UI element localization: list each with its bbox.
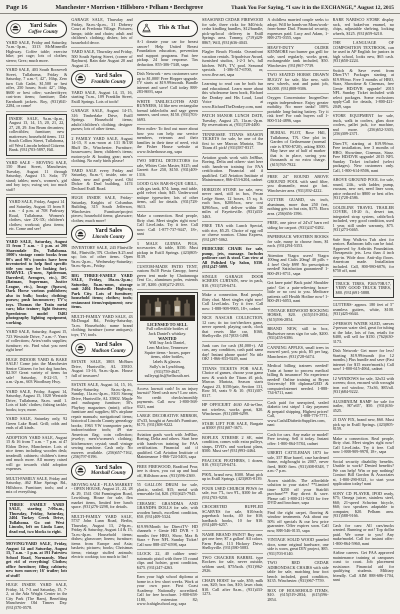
classified-ad: 21 DAY FIX, brand new, $60. Must pick up… — [333, 418, 394, 432]
ad-divider — [202, 244, 263, 245]
ad-divider — [137, 289, 198, 290]
classified-ad: CUSTOM-MADE PATIO TENT, custom 8x10 Fies… — [137, 265, 198, 288]
classified-ad: THREE FAMILY YARD SALE, starting 7:00a.m… — [6, 500, 67, 538]
classified-ad: PEDICURE CHAIR for sale, pump, jets, mas… — [202, 247, 263, 270]
ad-divider — [137, 262, 198, 263]
ad-divider — [137, 97, 198, 98]
section-badge-text: Yard SalesMadison County — [88, 342, 128, 354]
ad-divider — [333, 139, 394, 140]
photo-caption-line: sulleysgifts@bellsouth.net. — [140, 374, 195, 379]
section-subtitle: Lincoln County — [88, 235, 128, 240]
ad-divider — [267, 558, 328, 559]
classified-ad: PATCH MANOR LUNCH DATE, Tuesday, August … — [202, 114, 263, 128]
ad-divider — [333, 203, 394, 204]
classified-ad: CHAIN HOIST for sale, $50; milk can, $20… — [202, 579, 263, 597]
ad-divider — [202, 111, 263, 112]
classified-ad: Switch & Save event from DIrecTV! Packag… — [333, 69, 394, 110]
classified-ad: SEASONED CEDAR FIREWOOD for sale, three … — [202, 18, 263, 45]
ad-divider — [202, 364, 263, 365]
classified-ad: BOFLEX XTREME 2 SE, mint condition, come… — [202, 436, 263, 454]
classified-ad: FREE, one piece of 24'x3' barn red sidin… — [267, 221, 328, 230]
ad-divider — [202, 470, 263, 471]
section-badge-text: This & That — [154, 25, 194, 32]
classified-ad: CERAMIC GRANDMA AND GRANDPA DOLLS for sa… — [137, 502, 198, 520]
jack-daniels-bottles-photo — [140, 295, 195, 321]
ad-divider — [333, 457, 394, 458]
ad-divider — [6, 158, 67, 159]
ad-divider — [267, 430, 328, 431]
section-badge-this-that: This & That — [137, 20, 198, 37]
classified-ad: WHITE TABLECLOTHS AND RUNNERS, 14 like n… — [137, 100, 198, 123]
slogan-dateline: Thank You For Saying, “I saw it in the E… — [231, 5, 394, 11]
classified-ad: GARAGE SALE, Thursday and Friday, 8a.m.-… — [71, 18, 132, 45]
section-badge-franklin-county: Yard SalesFranklin County — [71, 70, 132, 88]
ad-divider — [137, 156, 198, 157]
classified-ad: LARGE DECORATIVE MIRROR, 47x33, bought a… — [137, 414, 198, 428]
newspaper-classifieds-page: Page 16 Manchester • Morrison • Hillsbor… — [0, 0, 400, 614]
ad-divider — [267, 195, 328, 196]
classified-ad: 55 GALLON DRUM for sale, plastic, sealed… — [137, 483, 198, 497]
ad-divider — [137, 522, 198, 523]
ad-divider — [267, 324, 328, 325]
classified-ad: 2-PERSON WATER SLED, canvas 2-person wat… — [333, 322, 394, 345]
ad-divider — [202, 502, 263, 503]
classified-ad: TWO CRACKER BARREL type Rockers for sale… — [202, 556, 263, 574]
classified-ad: CROCHETED RUFFLED SCARVES for sale, $10/… — [202, 505, 263, 528]
classified-ad: YARD SALE, Friday and Saturday, 7a.m.-3p… — [6, 41, 67, 64]
classified-ad: NICE NASCAR COLLECTION, 12 cars; tic tac… — [202, 316, 263, 339]
classified-ad: MOVING SALE - FLEA MARKET - OPEN HOUSE, … — [71, 483, 132, 510]
classified-ad: Hero miles- To find out more about how y… — [137, 127, 198, 154]
yard-sale-icon — [75, 73, 86, 84]
classified-ad: 3 MALE GUINEA PIGS, accessories & table,… — [137, 242, 198, 260]
classified-ad: STORE EQUIPMENT for sale, truck, walk in… — [333, 114, 394, 137]
ad-divider — [202, 153, 263, 154]
classified-ad: Acorn stairlifts. The affordable solutio… — [267, 479, 328, 506]
classified-ad: Flagler Beach Florida. Oceanfront vacati… — [202, 50, 263, 77]
ad-divider — [267, 508, 328, 509]
classified-ad: RARE NABISCO STORE display rack, red bak… — [333, 18, 394, 36]
ad-divider — [333, 415, 394, 416]
ad-divider — [137, 239, 198, 240]
section-badge-text: Yard SalesFranklin County — [88, 73, 128, 85]
ad-divider — [137, 211, 198, 212]
classified-ad: MULTI-FAMILY SALE, Friday and Saturday, … — [6, 477, 67, 495]
classified-ad: BURIAL PLOT, Rose Hill, Tullahoma, TN. O… — [267, 128, 328, 170]
ad-divider — [333, 276, 394, 277]
classified-ad: UBERTI CATTLEMAN 1873 for sale, 357 Blue… — [267, 451, 328, 474]
classified-ad: ESTATE SALE, August 14, 15, 16, Friday-S… — [71, 383, 132, 460]
ad-divider — [71, 166, 132, 167]
ad-divider — [6, 327, 67, 328]
classified-ad: SINGLE GARAGE DOOR SCREEN CURTAIN, new i… — [202, 275, 263, 289]
classified-ad: 12 WINDOWS for sale, 32x52 with screens;… — [333, 377, 394, 395]
classified-ad: PEACOCK FEATHERS, 1 dozen, $10. (931)728… — [202, 459, 263, 468]
classified-ad: FREE 24" ROUND ABOVE GROUND POOL with sa… — [267, 175, 328, 193]
classified-ad: ADOPTION YARD SALE, August 15 & 16 from … — [6, 436, 67, 472]
classified-ad: VINTAGE REDWOOD ROCKING HORSE, $20. (615… — [267, 309, 328, 323]
ad-divider — [202, 290, 263, 291]
classified-ad: Learning to read can be both fun and edu… — [202, 82, 263, 109]
classified-ad: GLOCK 22, 40 caliber semi-automatic pist… — [137, 552, 198, 570]
communities-line: Manchester • Morrison • Hillsboro • Pelh… — [55, 5, 203, 11]
ad-divider — [202, 130, 263, 131]
ad-divider — [137, 179, 198, 180]
yard-sale-icon — [75, 343, 86, 354]
ad-divider — [267, 448, 328, 449]
classified-ad: Attention Viagra users! Viagra 100mg and… — [267, 254, 328, 277]
ad-divider — [6, 194, 67, 195]
classified-ad: PAPERBACK WESTERN BOOKS for sale, many t… — [267, 235, 328, 249]
yard-sale-icon — [75, 465, 86, 476]
ad-divider — [202, 47, 263, 48]
ad-divider — [137, 384, 198, 385]
ad-divider — [333, 38, 394, 39]
ad-divider — [333, 548, 394, 549]
ad-divider — [71, 134, 132, 135]
ad-divider — [137, 462, 198, 463]
ad-divider — [6, 387, 67, 388]
classified-ad: Safe Step Walk-in Tub alert for seniors.… — [333, 238, 394, 274]
classified-ad: Aviation grads work with JetBlue, Boeing… — [137, 433, 198, 460]
ad-divider — [6, 433, 67, 434]
column-2: GARAGE SALE, Thursday and Friday, 8a.m.-… — [71, 18, 132, 610]
ad-divider — [202, 530, 263, 531]
ad-divider — [202, 79, 263, 80]
column-5: A childless married couple seeks to adop… — [267, 18, 328, 610]
classified-ad: Social security disability benefits. Una… — [333, 460, 394, 487]
classified-ad: GOOD GAS BAR-B-QUE GRILL, with gas tank,… — [137, 182, 198, 209]
column-6: RARE NABISCO STORE display rack, red bak… — [333, 18, 394, 610]
ad-divider — [202, 456, 263, 457]
classified-ad: MULTI-FAMILY YARD SALE, 43 McDougal Rd.,… — [71, 315, 132, 338]
classified-ad: Cash for cars: All cars/trucks wanted. R… — [333, 524, 394, 547]
ad-divider — [202, 484, 263, 485]
column-4: SEASONED CEDAR FIREWOOD for sale, three … — [202, 18, 263, 610]
classified-ad: BRAND NEW, still in box, Budweiser neon … — [267, 327, 328, 341]
classified-ad: TWO METAL DETECTORS for sale, Whites Coi… — [137, 159, 198, 177]
ad-divider — [6, 65, 67, 66]
classified-ad: ABOVE GROUND POOL for sale, round, 24ft.… — [333, 178, 394, 201]
classified-ad: GOLDLINE TRAVEL TRAILER COVER, 18-20 ft.… — [333, 206, 394, 233]
classified-ad: HEAVY-DUTY OLDER KENMORE two burner gas … — [267, 46, 328, 69]
section-badge-coffee-county: Yard SalesCoffee County — [6, 20, 67, 38]
classified-ad: YARD SALE, Saturday, August 15 from 7 a.… — [6, 240, 67, 326]
section-badge-text: Yard SalesCoffee County — [23, 23, 63, 35]
ad-divider — [202, 313, 263, 314]
classified-ad: NAME BRAND PAINT! Buy one, get one free;… — [202, 533, 263, 551]
classified-ad: YARD SALE every Friday and Saturday, 8a.… — [71, 169, 132, 192]
ad-divider — [267, 278, 328, 279]
classified-ad: ESTATE SALE, 3803 McBurn Drive, Huntsvil… — [71, 360, 132, 378]
ad-divider — [71, 312, 132, 313]
classified-ad: TWO RED CEDAR ADIRONDACK CHAIRS with sid… — [267, 561, 328, 584]
classified-ad: A childless married couple seeks to adop… — [267, 18, 328, 41]
ad-divider — [267, 172, 328, 173]
ad-divider — [202, 553, 263, 554]
classified-ad: BIG THREE-FAMILY YARD SALE, Friday, 10a.… — [71, 274, 132, 310]
ad-divider — [333, 66, 394, 67]
ad-divider — [333, 300, 394, 301]
ad-divider — [6, 111, 67, 112]
classified-ad: YARD SALE, Friday, August 14, Saturday, … — [6, 390, 67, 413]
ad-divider — [333, 111, 394, 112]
classified-ad: ALUMINIUM RAMP for sale for trailer, 80"… — [333, 400, 394, 414]
column-1: Yard SalesCoffee CountyYARD SALE, Friday… — [6, 18, 67, 610]
ad-divider — [267, 361, 328, 362]
ad-divider — [333, 521, 394, 522]
ad-divider — [333, 175, 394, 176]
section-subtitle: Coffee County — [23, 30, 63, 35]
yard-sale-icon — [75, 229, 86, 240]
classified-ad: Make a connection. Real people, flirty c… — [202, 293, 263, 311]
classified-ad: Find the right carpet, flooring & window… — [267, 511, 328, 534]
classified-ad: P90X, brand new, $300. Must pick up in E… — [202, 473, 263, 482]
classified-ad: GUTTERS- approx. 180 feet of 5" seamless… — [333, 303, 394, 317]
ad-divider — [333, 397, 394, 398]
ad-divider — [202, 185, 263, 186]
classified-ad: HUGE INDOOR YARD & BAKE SALE! Come join … — [6, 358, 67, 385]
ad-divider — [267, 93, 328, 94]
ad-divider — [6, 237, 67, 238]
ad-divider — [267, 43, 328, 44]
ad-divider — [137, 411, 198, 412]
section-title: This & That — [154, 25, 194, 32]
page-header: Page 16 Manchester • Morrison • Hillsbor… — [0, 0, 400, 14]
ad-divider — [333, 235, 394, 236]
ad-divider — [137, 124, 198, 125]
classified-ad: DirecTV, starting at $19.99/mo. Free ins… — [333, 142, 394, 174]
ad-divider — [333, 346, 394, 347]
ad-divider — [333, 374, 394, 375]
ad-divider — [71, 106, 132, 107]
classified-ad: STAIR LIFT FOR SALE, Bargain at $500! (9… — [202, 422, 263, 431]
ad-divider — [137, 499, 198, 500]
classified-ad: INVENTORY SALE, 243 Flintville Rd., Flin… — [71, 246, 132, 269]
classified-ad: Access lawsuit cash! In an injury lawsui… — [137, 387, 198, 410]
ad-divider — [71, 512, 132, 513]
classified-ad: VINTAGE SOLID WOOD paneled door, some or… — [267, 538, 328, 556]
classified-ad: Medical billing trainees needed! Train a… — [267, 364, 328, 396]
section-subtitle: Madison County — [88, 349, 128, 354]
ad-divider — [6, 580, 67, 581]
classified-ad: Dish Network - new customers save up to … — [137, 72, 198, 95]
classified-ad: YARD SALE, Friday, August 14 and Saturda… — [6, 197, 67, 235]
ad-divider — [267, 535, 328, 536]
ad-divider — [71, 47, 132, 48]
ad-divider — [267, 476, 328, 477]
classified-ad: 2 FAMILY YARD SALE, August 14-15, 8 a.m.… — [71, 137, 132, 164]
ad-divider — [202, 419, 263, 420]
classified-ad: Oxygen Concentrator InogenOne: regain in… — [267, 96, 328, 123]
section-badge-text: Yard SalesMarshall County — [88, 465, 128, 477]
classified-ad: YARD SALE, Thursday and Friday, 500 Sout… — [71, 50, 132, 68]
ad-divider — [267, 398, 328, 399]
ad-divider — [333, 319, 394, 320]
classified-ad: THE LANGUAGE OF COMPOSITION TEXTBOOK, ca… — [333, 41, 394, 64]
classified-ad: Airline careers. Get FAA approved mainte… — [333, 551, 394, 583]
classified-ad: TWO SEATED HORSE DRAWN BUGGY for sale, l… — [267, 73, 328, 91]
classified-ad: FOUR USED CHURCH PEWS for sale, two 7'L,… — [202, 487, 263, 501]
ad-divider — [6, 497, 67, 498]
classified-ad: Junk cars for cash ($1,000+). All cars, … — [202, 344, 263, 362]
classified-ad: Make a connection. Real people, flirty c… — [137, 214, 198, 237]
classified-ad: GARAGE SALE, August 14-15, 316 Timberlak… — [71, 109, 132, 132]
ad-divider — [6, 355, 67, 356]
section-subtitle: Marshall County — [88, 471, 128, 476]
yard-sale-icon — [10, 23, 21, 34]
page-number: Page 16 — [6, 4, 27, 11]
classified-ad: SONY CD PLAYER, IPOD ready, $75; Omega j… — [333, 492, 394, 519]
classified-ad: FREE FIREWOOD, Bradford Pear, tree is do… — [137, 465, 198, 479]
classified-ad: INSIDE SALE, 9a.m.-4p.m., August 13, 14,… — [6, 114, 67, 156]
classified-ad: Cash paid for unexpired, sealed diabetic… — [267, 401, 328, 428]
classified-ad: Got knee pain! Back pain! Shoulder pain!… — [267, 281, 328, 304]
classifieds-grid: Yard SalesCoffee CountyYARD SALE, Friday… — [0, 14, 400, 610]
ad-divider — [267, 232, 328, 233]
classified-ad: Cash for cars. Any make or model! Free t… — [267, 433, 328, 447]
classified-ad: YARD SALE, 403 South Roosevelt Street, T… — [6, 68, 67, 109]
ad-divider — [333, 434, 394, 435]
ad-divider — [333, 489, 394, 490]
classified-ad: GUTTER GUARD, six inch, aluminum, more t… — [267, 198, 328, 216]
classified-ad: $19.99/Month for DirectTV- HD channels +… — [137, 525, 198, 548]
ad-divider — [202, 221, 263, 222]
classified-ad: A-1 donate your car for breast cancer! H… — [137, 40, 198, 67]
ad-divider — [71, 380, 132, 381]
classified-ad: YARD SALE - MOVING SALE, 150 Hunt Street… — [6, 161, 67, 193]
section-badge-marshall-county: Yard SalesMarshall County — [71, 462, 132, 480]
section-subtitle: Franklin County — [88, 80, 128, 85]
ad-divider — [267, 125, 328, 126]
section-badge-madison-county: Yard SalesMadison County — [71, 339, 132, 357]
photo-ad: LICENSED TO SELLFull collectible bottles… — [137, 292, 198, 382]
ad-divider — [202, 272, 263, 273]
classified-ad: HUGE INSIDE SALE, Friday-Saturday, Knigh… — [71, 196, 132, 223]
ad-divider — [71, 193, 132, 194]
ad-divider — [202, 341, 263, 342]
ad-divider — [267, 306, 328, 307]
classified-ad: TITANS TICKETS FOR SALE, Choice of games… — [202, 367, 263, 399]
ad-divider — [137, 430, 198, 431]
classified-ad: Aviation grads work with JetBlue, Boeing… — [202, 156, 263, 183]
ad-divider — [6, 414, 67, 415]
ad-divider — [6, 539, 67, 540]
section-badge-text: Yard SalesLincoln County — [88, 228, 128, 240]
ad-divider — [137, 572, 198, 573]
ad-divider — [267, 70, 328, 71]
classified-ad: MULTI-FAMILY YARD SALE, 5737 John Lunn R… — [71, 515, 132, 560]
ad-divider — [267, 343, 328, 344]
classified-ad: CANNING APPLES, small trees in mowed yar… — [267, 346, 328, 360]
classified-ad: Dish Network- Get more for less! Startin… — [333, 349, 394, 372]
ad-divider — [267, 218, 328, 219]
classified-ad: YARD SALE, Saturday only, 92 Green Lake … — [6, 417, 67, 431]
ad-divider — [6, 474, 67, 475]
classified-ad: YARD SALE, August 14, 15, 16, starting 7… — [71, 91, 132, 105]
classified-ad: Make a connection. Real people, flirty c… — [333, 437, 394, 455]
bell-icon — [141, 23, 152, 34]
classified-ad: BOX OF HOUSEHOLD ITEMS, $10. (615)519-28… — [267, 589, 328, 603]
classified-ad: FREE TEA with Lunch Special, with rice, … — [202, 224, 263, 242]
section-badge-lincoln-county: Yard SalesLincoln County — [71, 225, 132, 243]
classified-ad: TRUCK TIRES, P265/70R/17, VERY GOOD TRUC… — [333, 279, 394, 299]
ad-divider — [137, 549, 198, 550]
column-3: This & ThatA-1 donate your car for breas… — [137, 18, 198, 610]
classified-ad: TENNESSEE TITANS SEASON TICKETS for sale… — [202, 133, 263, 151]
classified-ad: Earn your high school diploma at home in… — [137, 575, 198, 607]
ad-divider — [202, 433, 263, 434]
classified-ad: YARD SALE, Saturday, August 15, 723 West… — [6, 330, 67, 353]
ad-divider — [202, 576, 263, 577]
classified-ad: HUGE INSIDE YARD SALE, Friday, 14, 7-3 a… — [6, 583, 67, 610]
classified-ad: MOVING/YARD SALE, Friday, August 14 and … — [6, 542, 67, 578]
ad-divider — [267, 251, 328, 252]
ad-divider — [137, 69, 198, 70]
ad-divider — [71, 271, 132, 272]
classified-ad: HP OFFICEJET 4630 All-in-One, not wirele… — [202, 403, 263, 417]
classified-ad: HORIZON STONE for sale, new, never used,… — [202, 188, 263, 220]
ad-divider — [137, 480, 198, 481]
ad-divider — [202, 400, 263, 401]
ad-divider — [267, 586, 328, 587]
